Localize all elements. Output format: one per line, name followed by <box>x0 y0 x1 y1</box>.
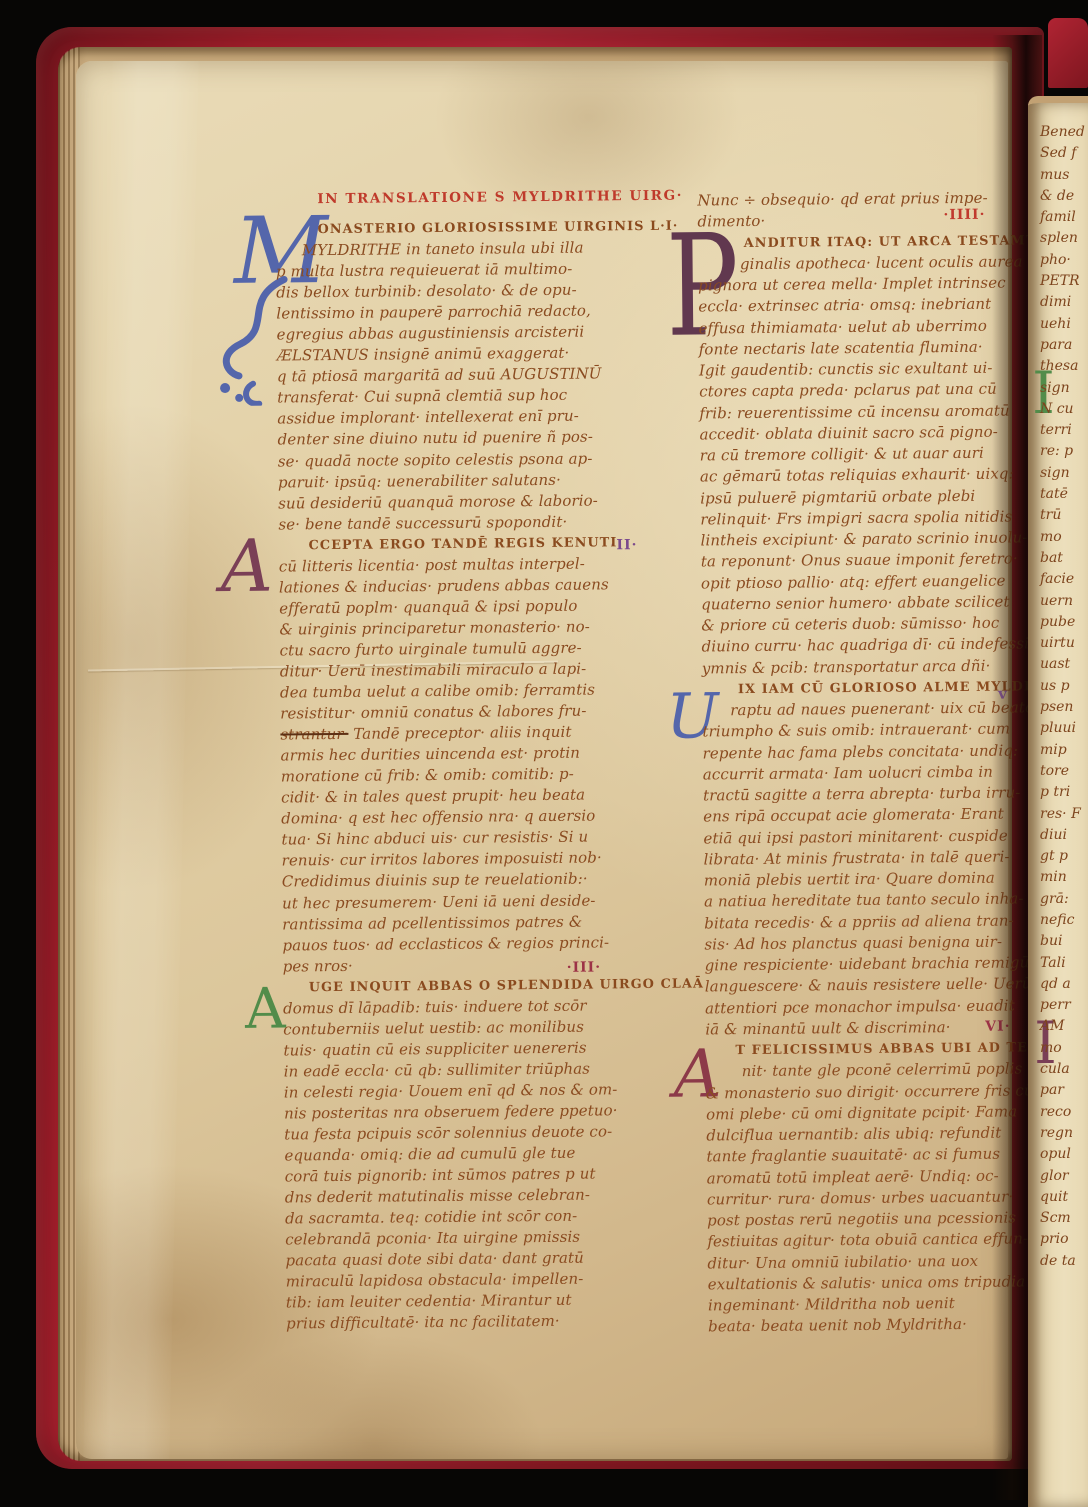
text-line: para <box>1040 335 1088 356</box>
text-line: re: p <box>1040 441 1088 462</box>
text-line: & de <box>1040 186 1088 207</box>
text-line: trū <box>1040 505 1088 526</box>
text-line: mo <box>1040 1038 1088 1059</box>
text-line: uern <box>1040 591 1088 612</box>
text-line: regn <box>1040 1123 1088 1144</box>
text-line: dimi <box>1040 292 1088 313</box>
text-line: de ta <box>1040 1251 1088 1272</box>
manuscript-photo: IN TRANSLATIONE S MYLDRITHE UIRG· M A A … <box>0 0 1088 1500</box>
text-line: pho· <box>1040 250 1088 271</box>
text-line: us p <box>1040 676 1088 697</box>
text-line: terri <box>1040 420 1088 441</box>
text-line: famil <box>1040 207 1088 228</box>
text-column-left: ONASTERIO GLORIOSISSIME UIRGINIS L·I·MYL… <box>275 216 666 1335</box>
text-line: Bened <box>1040 122 1088 143</box>
text-line: prius difficultatē· ita nc facilitatem· <box>286 1310 666 1335</box>
text-line: mip <box>1040 740 1088 761</box>
text-line: tatē <box>1040 484 1088 505</box>
text-line: glor <box>1040 1166 1088 1187</box>
text-line: par <box>1040 1080 1088 1101</box>
text-line: Sed f <box>1040 143 1088 164</box>
text-line: psen <box>1040 697 1088 718</box>
text-line: diui <box>1040 825 1088 846</box>
text-line: quit <box>1040 1187 1088 1208</box>
text-line: pube <box>1040 612 1088 633</box>
text-line: mus <box>1040 165 1088 186</box>
text-line: bat <box>1040 548 1088 569</box>
illuminated-initial-a2: A <box>220 530 273 602</box>
text-line: N cu <box>1040 399 1088 420</box>
book-cover-right-corner <box>1048 18 1088 88</box>
text-line: AM <box>1040 1016 1088 1037</box>
text-line: cula <box>1040 1059 1088 1080</box>
facing-page-text: BenedSed fmus& defamilsplenpho·PETRdimiu… <box>1040 122 1088 1272</box>
text-line: lationes & inducias· prudens abbas cauen… <box>279 574 659 599</box>
text-line: pluui <box>1040 718 1088 739</box>
text-line: opul <box>1040 1144 1088 1165</box>
text-line: prio <box>1040 1229 1088 1250</box>
text-line: facie <box>1040 569 1088 590</box>
text-line: uast <box>1040 654 1088 675</box>
text-line: mo <box>1040 527 1088 548</box>
text-line: sign <box>1040 463 1088 484</box>
text-line: splen <box>1040 228 1088 249</box>
text-line: PETR <box>1040 271 1088 292</box>
text-line: grā: <box>1040 889 1088 910</box>
text-line: thesa <box>1040 356 1088 377</box>
text-line: p tri <box>1040 782 1088 803</box>
illuminated-initial-a3: A <box>245 981 286 1037</box>
section-heading-line: CCEPTA ERGO TANDĒ REGIS KENUTI <box>279 532 659 557</box>
text-line: uirtu <box>1040 633 1088 654</box>
text-line: q tā ptiosā margaritā ad suū AUGUSTINŪ <box>277 363 657 388</box>
text-line: bui <box>1040 931 1088 952</box>
text-line: qd a <box>1040 974 1088 995</box>
section-heading-line: ONASTERIO GLORIOSISSIME UIRGINIS L·I· <box>275 216 655 241</box>
manuscript-page-left: IN TRANSLATIONE S MYLDRITHE UIRG· M A A … <box>76 61 1008 1459</box>
text-line: nefic <box>1040 910 1088 931</box>
text-line: pauos tuos· ad ecclasticos & regios prin… <box>282 931 662 956</box>
text-line: Tali <box>1040 953 1088 974</box>
section-heading-line: UGE INQUIT ABBAS O SPLENDIDA UIRGO CLAĀ <box>283 974 663 999</box>
text-line: uehi <box>1040 314 1088 335</box>
rubric-title: IN TRANSLATIONE S MYLDRITHE UIRG· <box>317 188 683 208</box>
text-line: res· F <box>1040 804 1088 825</box>
text-line: reco <box>1040 1102 1088 1123</box>
text-line: tore <box>1040 761 1088 782</box>
text-line: gt p <box>1040 846 1088 867</box>
text-line: tua festa pcipuis scōr solennius deuote … <box>284 1121 664 1146</box>
text-line: min <box>1040 867 1088 888</box>
text-line: Scm <box>1040 1208 1088 1229</box>
page-content: IN TRANSLATIONE S MYLDRITHE UIRG· M A A … <box>70 57 1015 1464</box>
text-line: perr <box>1040 995 1088 1016</box>
text-line: sign <box>1040 378 1088 399</box>
